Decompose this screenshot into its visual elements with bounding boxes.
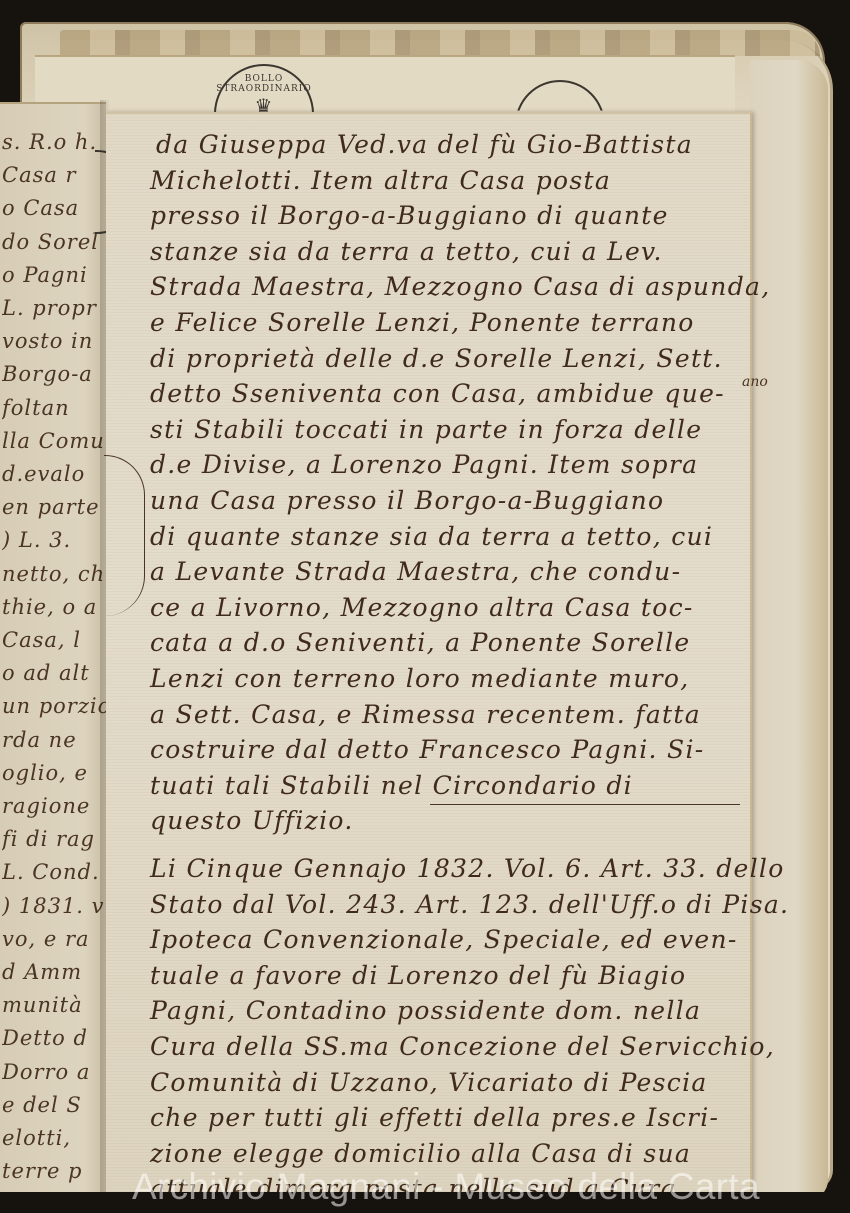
manuscript-line: tuati tali Stabili nel Circondario di [150, 771, 633, 800]
manuscript-line: e Felice Sorelle Lenzi, Ponente terrano [150, 308, 695, 337]
left-page-line: Dorro a [2, 1060, 106, 1084]
manuscript-line: Pagni, Contadino possidente dom. nella [150, 996, 701, 1025]
manuscript-line: cata a d.o Seniventi, a Ponente Sorelle [150, 628, 690, 657]
left-page-line: Casa, l [2, 628, 106, 652]
manuscript-line: Stato dal Vol. 243. Art. 123. dell'Uff.o… [150, 890, 789, 919]
manuscript-line: da Giuseppa Ved.va del fù Gio-Battista [156, 130, 693, 159]
manuscript-line: zione elegge domicilio alla Casa di sua [150, 1139, 691, 1168]
left-page-line: vosto in [2, 329, 106, 353]
left-page-line: terre p [2, 1159, 106, 1183]
left-page-line: Detto d [2, 1026, 106, 1050]
left-page-line: o Pagni [2, 263, 106, 287]
manuscript-line: tuale a favore di Lorenzo del fù Biagio [150, 961, 686, 990]
left-page-line: Casa r [2, 163, 106, 187]
manuscript-line: Cura della SS.ma Concezione del Servicch… [150, 1032, 775, 1061]
left-page-line: d Amm [2, 960, 106, 984]
manuscript-line: costruire dal detto Francesco Pagni. Si- [150, 735, 705, 764]
left-page-line: vo, e ra [2, 927, 106, 951]
bracket-curve [104, 455, 145, 616]
left-page-line: d.evalo [2, 462, 106, 486]
left-page-line: elotti, [2, 1126, 106, 1150]
manuscript-line: presso il Borgo-a-Buggiano di quante [150, 201, 669, 230]
left-page-line: o ad alt [2, 661, 106, 685]
left-page-line: ) 1831. v [2, 894, 106, 918]
right-page-edge [750, 60, 828, 1200]
left-page-line: ragione [2, 794, 106, 818]
left-page-line: rda ne [2, 728, 106, 752]
manuscript-line: a Sett. Casa, e Rimessa recentem. fatta [150, 700, 701, 729]
left-page-line: L. propr [2, 296, 106, 320]
left-page-line: s. R.o h. [2, 130, 106, 154]
left-page-line: oglio, e [2, 761, 106, 785]
left-page-line: o Casa [2, 196, 106, 220]
margin-note: ano [742, 374, 768, 390]
left-page-line: munità [2, 993, 106, 1017]
left-page-line: foltan [2, 396, 106, 420]
left-page-line: ) L. 3. [2, 528, 106, 552]
manuscript-line: stanze sia da terra a tetto, cui a Lev. [150, 237, 663, 266]
manuscript-line: d.e Divise, a Lorenzo Pagni. Item sopra [150, 450, 698, 479]
manuscript-line: sti Stabili toccati in parte in forza de… [150, 415, 702, 444]
manuscript-line: di proprietà delle d.e Sorelle Lenzi, Se… [150, 344, 723, 373]
separator-rule [430, 804, 740, 805]
top-paper-strip [35, 55, 735, 117]
manuscript-line: Michelotti. Item altra Casa posta [150, 166, 611, 195]
manuscript-line: a Levante Strada Maestra, che condu- [150, 557, 681, 586]
manuscript-line: che per tutti gli effetti della pres.e I… [150, 1103, 719, 1132]
manuscript-line: detto Sseniventa con Casa, ambidue que- [150, 379, 725, 408]
manuscript-line: Lenzi con terreno loro mediante muro, [150, 664, 690, 693]
left-page-line: lla Comu [2, 429, 106, 453]
left-page-line: un porzion [2, 694, 106, 718]
manuscript-line: questo Uffizio. [150, 806, 354, 835]
torn-top-edge [60, 30, 820, 56]
left-page-line: en parte [2, 495, 106, 519]
left-page-line: L. Cond. [2, 860, 106, 884]
manuscript-line: ce a Livorno, Mezzogno altra Casa toc- [150, 593, 694, 622]
manuscript-line: Li Cinque Gennajo 1832. Vol. 6. Art. 33.… [150, 854, 785, 883]
manuscript-line: di quante stanze sia da terra a tetto, c… [150, 522, 713, 551]
left-page-line: thie, o a [2, 595, 106, 619]
left-page-line: e del S [2, 1093, 106, 1117]
watermark: Archivio Magnani - Museo della Carta [132, 1166, 760, 1208]
manuscript-line: Comunità di Uzzano, Vicariato di Pescia [150, 1068, 708, 1097]
manuscript-line: Strada Maestra, Mezzogno Casa di aspunda… [150, 272, 770, 301]
left-page-line: Borgo-a [2, 362, 106, 386]
manuscript-line: una Casa presso il Borgo-a-Buggiano [150, 486, 664, 515]
left-page-line: netto, che [2, 562, 106, 586]
left-page-line: do Sorel [2, 230, 106, 254]
left-page-line: fi di rag [2, 827, 106, 851]
manuscript-line: Ipoteca Convenzionale, Speciale, ed even… [150, 925, 738, 954]
stamp-text: BOLLO STRAORDINARIO [216, 74, 312, 94]
